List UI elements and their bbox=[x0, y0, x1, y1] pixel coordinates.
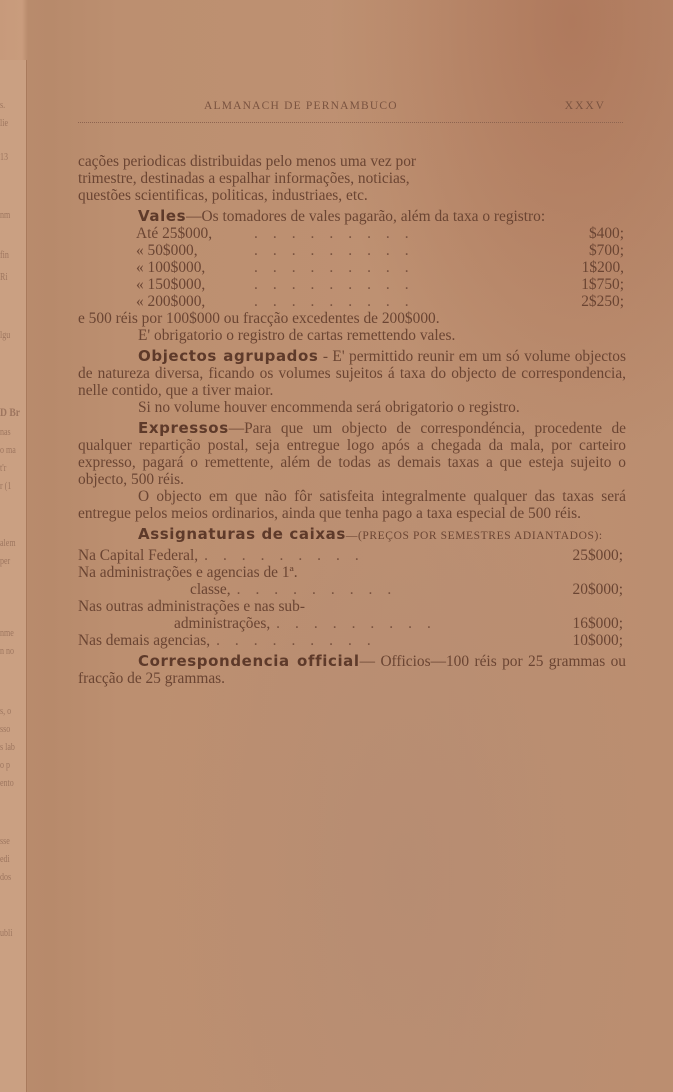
facing-fragment: per bbox=[0, 556, 10, 567]
rate-value: 2$250; bbox=[581, 293, 624, 310]
rate-value: $400; bbox=[589, 225, 624, 242]
rate-label: Nas outras administrações e nas sub- bbox=[78, 598, 305, 615]
leader-dots: ......... bbox=[248, 225, 589, 242]
vales-rate-table: Até 25$000, ......... $400; « 50$000, ..… bbox=[78, 225, 626, 310]
rate-row-label: Nas outras administrações e nas sub- bbox=[78, 598, 623, 615]
leader-dots: ......... bbox=[248, 293, 581, 310]
leader-dots: ......... bbox=[270, 615, 572, 632]
rate-value: 16$000; bbox=[573, 615, 623, 632]
facing-fragment: alem bbox=[0, 538, 16, 549]
leader-dots: ......... bbox=[248, 259, 582, 276]
section-heading: Objectos agrupados bbox=[138, 347, 318, 365]
rate-value: 1$200, bbox=[582, 259, 624, 276]
facing-fragment: fin bbox=[0, 250, 9, 261]
intro-line: trimestre, destinadas a espalhar informa… bbox=[78, 170, 626, 187]
rate-label: Na Capital Federal, bbox=[78, 547, 198, 564]
rate-row: classe, ......... 20$000; bbox=[78, 581, 623, 598]
scanned-page: s. lie 13 nm fin Ri lgu D Br nas o ma t'… bbox=[0, 0, 673, 1092]
vales-excess: e 500 réis por 100$000 ou fracção excede… bbox=[78, 310, 626, 327]
section-heading: Expressos bbox=[138, 419, 229, 437]
facing-fragment: o p bbox=[0, 760, 10, 771]
section-assignaturas: Assignaturas de caixas—(PREÇOS POR SEMES… bbox=[78, 526, 626, 545]
facing-fragment: lgu bbox=[0, 330, 10, 341]
facing-fragment: s. bbox=[0, 100, 5, 111]
rate-label: « 150$000, bbox=[136, 276, 248, 293]
leader-dots: ......... bbox=[248, 242, 589, 259]
section-correspondencia: Correspondencia official— Officios—100 r… bbox=[78, 653, 626, 687]
assignaturas-rate-table: Na Capital Federal, ......... 25$000; Na… bbox=[78, 547, 626, 649]
facing-fragment: nas bbox=[0, 427, 11, 438]
leader-dots: ......... bbox=[210, 632, 572, 649]
section-objectos: Objectos agrupados - E' permittido reuni… bbox=[78, 348, 626, 399]
section-heading: Assignaturas de caixas bbox=[138, 525, 346, 543]
rate-row-label: Na administrações e agencias de 1ª. bbox=[78, 564, 623, 581]
page-number: XXXV bbox=[565, 100, 606, 112]
rate-label: « 200$000, bbox=[136, 293, 248, 310]
rate-label: « 50$000, bbox=[136, 242, 248, 259]
running-head: ALMANACH DE PERNAMBUCO XXXV bbox=[78, 98, 626, 118]
rate-value: 1$750; bbox=[581, 276, 624, 293]
rate-label: « 100$000, bbox=[136, 259, 248, 276]
facing-fragment: ubli bbox=[0, 928, 12, 939]
section-text: —Os tomadores de vales pagarão, além da … bbox=[186, 208, 545, 225]
section-subtitle: —(PREÇOS POR SEMESTRES ADIANTADOS): bbox=[346, 530, 603, 542]
facing-fragment: lie bbox=[0, 118, 8, 129]
facing-fragment: Ri bbox=[0, 272, 8, 283]
facing-fragment: sse bbox=[0, 836, 10, 847]
rate-label-cont: administrações, bbox=[78, 615, 270, 632]
rate-value: $700; bbox=[589, 242, 624, 259]
section-expressos: Expressos—Para que um objecto de corresp… bbox=[78, 420, 626, 488]
leader-dots: ......... bbox=[248, 276, 581, 293]
rate-row: administrações, ......... 16$000; bbox=[78, 615, 623, 632]
rate-row: « 150$000, ......... 1$750; bbox=[78, 276, 624, 293]
objectos-note: Si no volume houver encommenda será obri… bbox=[78, 399, 626, 416]
rate-value: 10$000; bbox=[573, 632, 623, 649]
facing-fragment: D Br bbox=[0, 405, 20, 420]
rate-value: 25$000; bbox=[573, 547, 623, 564]
page-body: cações periodicas distribuidas pelo meno… bbox=[78, 153, 626, 687]
rate-label: Até 25$000, bbox=[136, 225, 248, 242]
facing-page-edge: s. lie 13 nm fin Ri lgu D Br nas o ma t'… bbox=[0, 60, 27, 1092]
facing-fragment: nm bbox=[0, 210, 10, 221]
section-heading: Vales bbox=[138, 207, 186, 225]
rate-row: Na Capital Federal, ......... 25$000; bbox=[78, 547, 623, 564]
intro-line: questões scientificas, politicas, indust… bbox=[78, 187, 626, 204]
leader-dots: ......... bbox=[198, 547, 572, 564]
facing-fragment: o ma bbox=[0, 445, 16, 456]
facing-fragment: 13 bbox=[0, 152, 8, 163]
header-rule bbox=[78, 122, 623, 123]
section-vales: Vales—Os tomadores de vales pagarão, alé… bbox=[78, 208, 626, 225]
running-title: ALMANACH DE PERNAMBUCO bbox=[204, 100, 398, 112]
expressos-note: O objecto em que não fôr satisfeita inte… bbox=[78, 488, 626, 522]
facing-fragment: n no bbox=[0, 646, 14, 657]
facing-fragment: sso bbox=[0, 724, 10, 735]
facing-fragment: edi bbox=[0, 854, 10, 865]
section-heading: Correspondencia official bbox=[138, 652, 360, 670]
facing-fragment: t'r bbox=[0, 463, 6, 474]
rate-value: 20$000; bbox=[573, 581, 623, 598]
facing-fragment: r (1 bbox=[0, 481, 11, 492]
facing-fragment: s lab bbox=[0, 742, 15, 753]
rate-row: « 50$000, ......... $700; bbox=[78, 242, 624, 259]
intro-line: cações periodicas distribuidas pelo meno… bbox=[78, 153, 626, 170]
facing-fragment: dos bbox=[0, 872, 11, 883]
rate-label: Nas demais agencias, bbox=[78, 632, 210, 649]
facing-fragment: ento bbox=[0, 778, 14, 789]
vales-note: E' obrigatorio o registro de cartas reme… bbox=[78, 327, 626, 344]
rate-row: « 200$000, ......... 2$250; bbox=[78, 293, 624, 310]
rate-label-cont: classe, bbox=[78, 581, 231, 598]
leader-dots: ......... bbox=[231, 581, 573, 598]
page-content: ALMANACH DE PERNAMBUCO XXXV cações perio… bbox=[78, 98, 626, 687]
rate-row: Até 25$000, ......... $400; bbox=[78, 225, 624, 242]
rate-label: Na administrações e agencias de 1ª. bbox=[78, 564, 298, 581]
facing-fragment: s, o bbox=[0, 706, 11, 717]
facing-fragment: nme bbox=[0, 628, 14, 639]
rate-row: Nas demais agencias, ......... 10$000; bbox=[78, 632, 623, 649]
rate-row: « 100$000, ......... 1$200, bbox=[78, 259, 624, 276]
